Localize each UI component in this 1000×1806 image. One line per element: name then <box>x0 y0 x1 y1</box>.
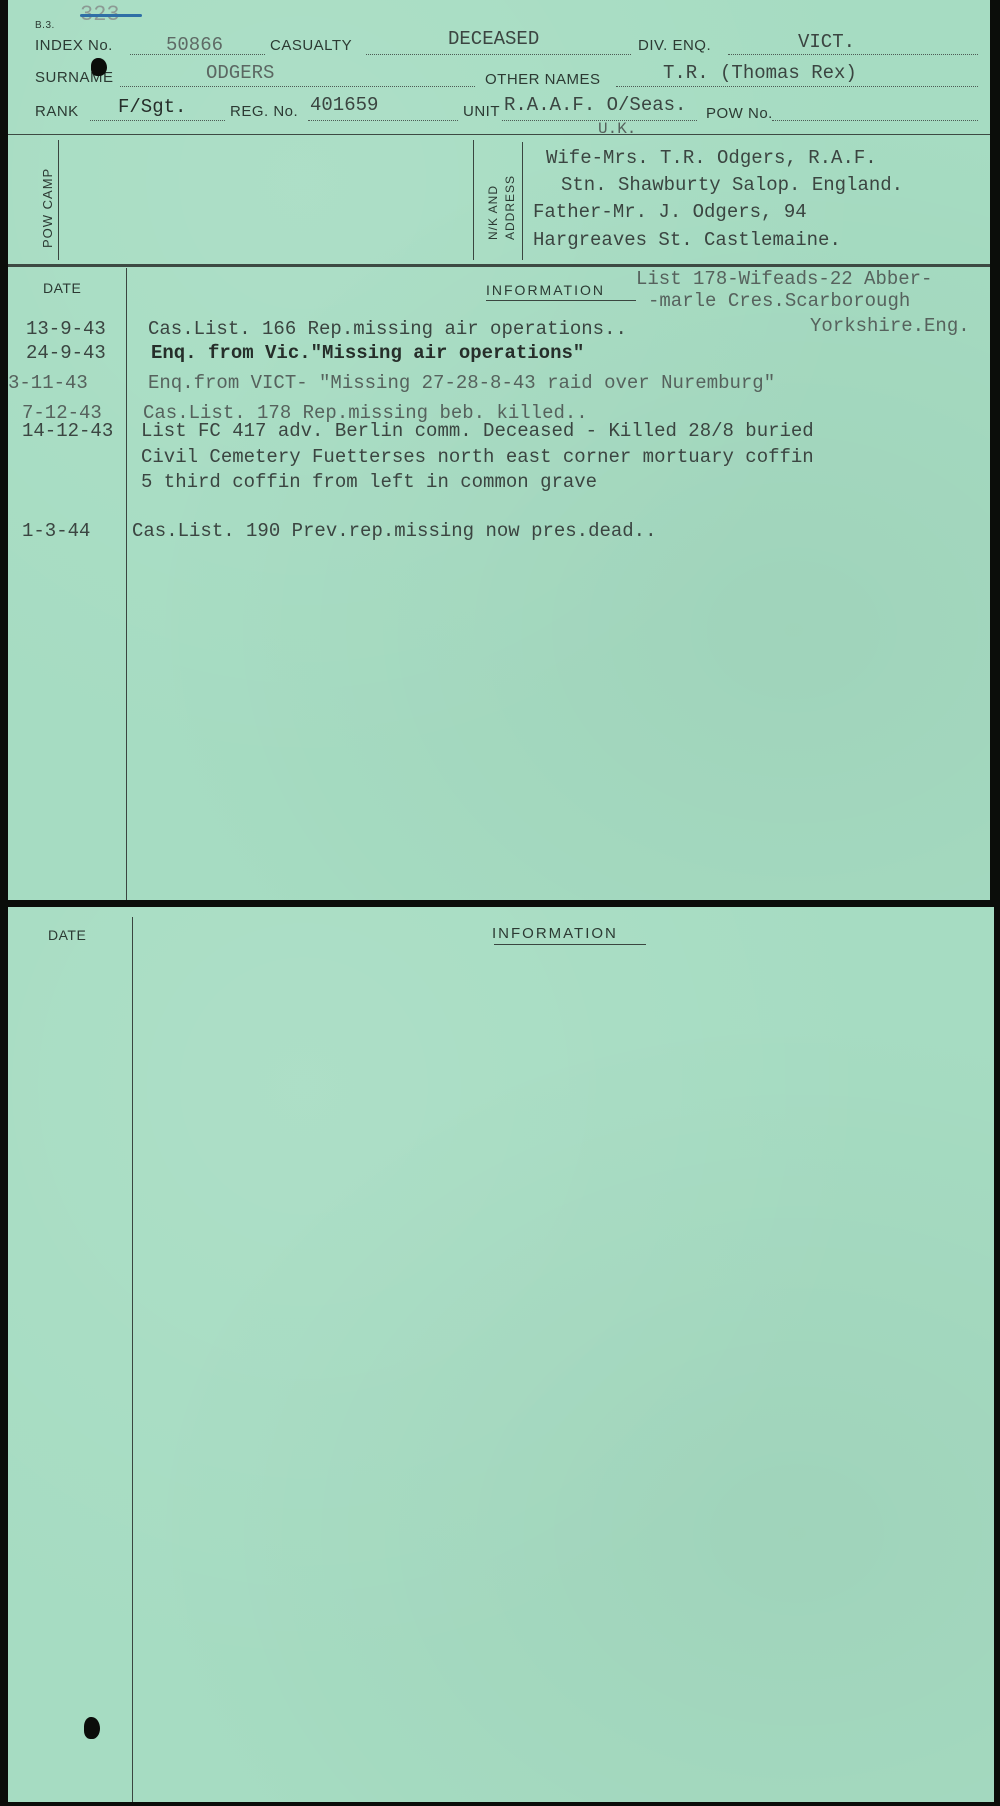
div-enq-value: VICT. <box>798 31 855 53</box>
dotted-line <box>366 54 631 55</box>
information-underline <box>486 300 636 301</box>
nk-divider-right <box>522 142 523 260</box>
other-names-value: T.R. (Thomas Rex) <box>663 62 857 84</box>
casualty-value: DECEASED <box>448 28 539 50</box>
information-underline <box>494 944 646 945</box>
strike-through-mark <box>80 14 142 17</box>
form-code: B.3. <box>35 20 55 31</box>
row-info: Cas.List. 166 Rep.missing air operations… <box>148 318 627 340</box>
date-column-divider <box>126 268 127 900</box>
index-no-value: 50866 <box>166 34 223 56</box>
index-no-label: INDEX No. <box>35 37 113 54</box>
nk-label-line2: ADDRESS <box>503 175 517 240</box>
div-enq-label: DIV. ENQ. <box>638 37 711 54</box>
reg-no-label: REG. No. <box>230 103 298 120</box>
row-date: 24-9-43 <box>26 342 106 364</box>
row-info: Enq.from VICT- "Missing 27-28-8-43 raid … <box>148 372 775 394</box>
surname-value: ODGERS <box>206 62 274 84</box>
rank-value: F/Sgt. <box>118 96 186 118</box>
row-info: List FC 417 adv. Berlin comm. Deceased -… <box>141 420 814 442</box>
pow-camp-label: POW CAMP <box>40 168 55 248</box>
date-column-divider <box>132 917 133 1802</box>
row-date: 3-11-43 <box>8 372 88 394</box>
rank-label: RANK <box>35 103 79 120</box>
information-header: INFORMATION <box>492 925 618 942</box>
dotted-line <box>616 86 978 87</box>
nk-label-line1: N/K AND <box>486 185 500 240</box>
unit-value: R.A.A.F. O/Seas. <box>504 94 686 116</box>
nk-address-line-2: Stn. Shawburty Salop. England. <box>561 174 903 196</box>
pow-camp-divider <box>58 140 59 260</box>
header-annotation-line-1: List 178-Wifeads-22 Abber- <box>636 268 932 290</box>
row-info: Enq. from Vic."Missing air operations" <box>151 342 584 364</box>
nk-address-line-1: Wife-Mrs. T.R. Odgers, R.A.F. <box>546 147 877 169</box>
header-annotation-line-2: -marle Cres.Scarborough <box>648 290 910 312</box>
other-names-label: OTHER NAMES <box>485 71 601 88</box>
row-date: 1-3-44 <box>22 520 90 542</box>
row-date: 13-9-43 <box>26 318 106 340</box>
date-header: DATE <box>48 927 86 943</box>
nk-annotation: U.K. <box>598 120 636 138</box>
reg-no-value: 401659 <box>310 94 378 116</box>
dotted-line <box>120 86 475 87</box>
dotted-line <box>772 120 978 121</box>
information-header: INFORMATION <box>486 282 605 298</box>
record-card-back: DATE INFORMATION <box>8 907 994 1802</box>
record-card-front: B.3. 323 INDEX No. 50866 CASUALTY DECEAS… <box>8 0 990 900</box>
nk-address-line-4: Hargreaves St. Castlemaine. <box>533 229 841 251</box>
dotted-line <box>728 54 978 55</box>
date-header: DATE <box>43 280 81 296</box>
pow-no-label: POW No. <box>706 105 773 122</box>
section-divider <box>8 134 990 135</box>
punch-hole <box>91 58 107 76</box>
dotted-line <box>308 120 458 121</box>
dotted-line <box>90 120 225 121</box>
row-info-continued: 5 third coffin from left in common grave <box>141 471 597 493</box>
punch-hole <box>84 1717 100 1739</box>
nk-divider-left <box>473 140 474 260</box>
unit-label: UNIT <box>463 103 500 120</box>
table-top-rule <box>8 264 990 267</box>
casualty-label: CASUALTY <box>270 37 352 54</box>
header-annotation-line-3: Yorkshire.Eng. <box>810 315 970 337</box>
row-info-continued: Civil Cemetery Fuetterses north east cor… <box>141 446 814 468</box>
row-info: Cas.List. 190 Prev.rep.missing now pres.… <box>132 520 657 542</box>
row-date: 14-12-43 <box>22 420 113 442</box>
nk-address-line-3: Father-Mr. J. Odgers, 94 <box>533 201 807 223</box>
